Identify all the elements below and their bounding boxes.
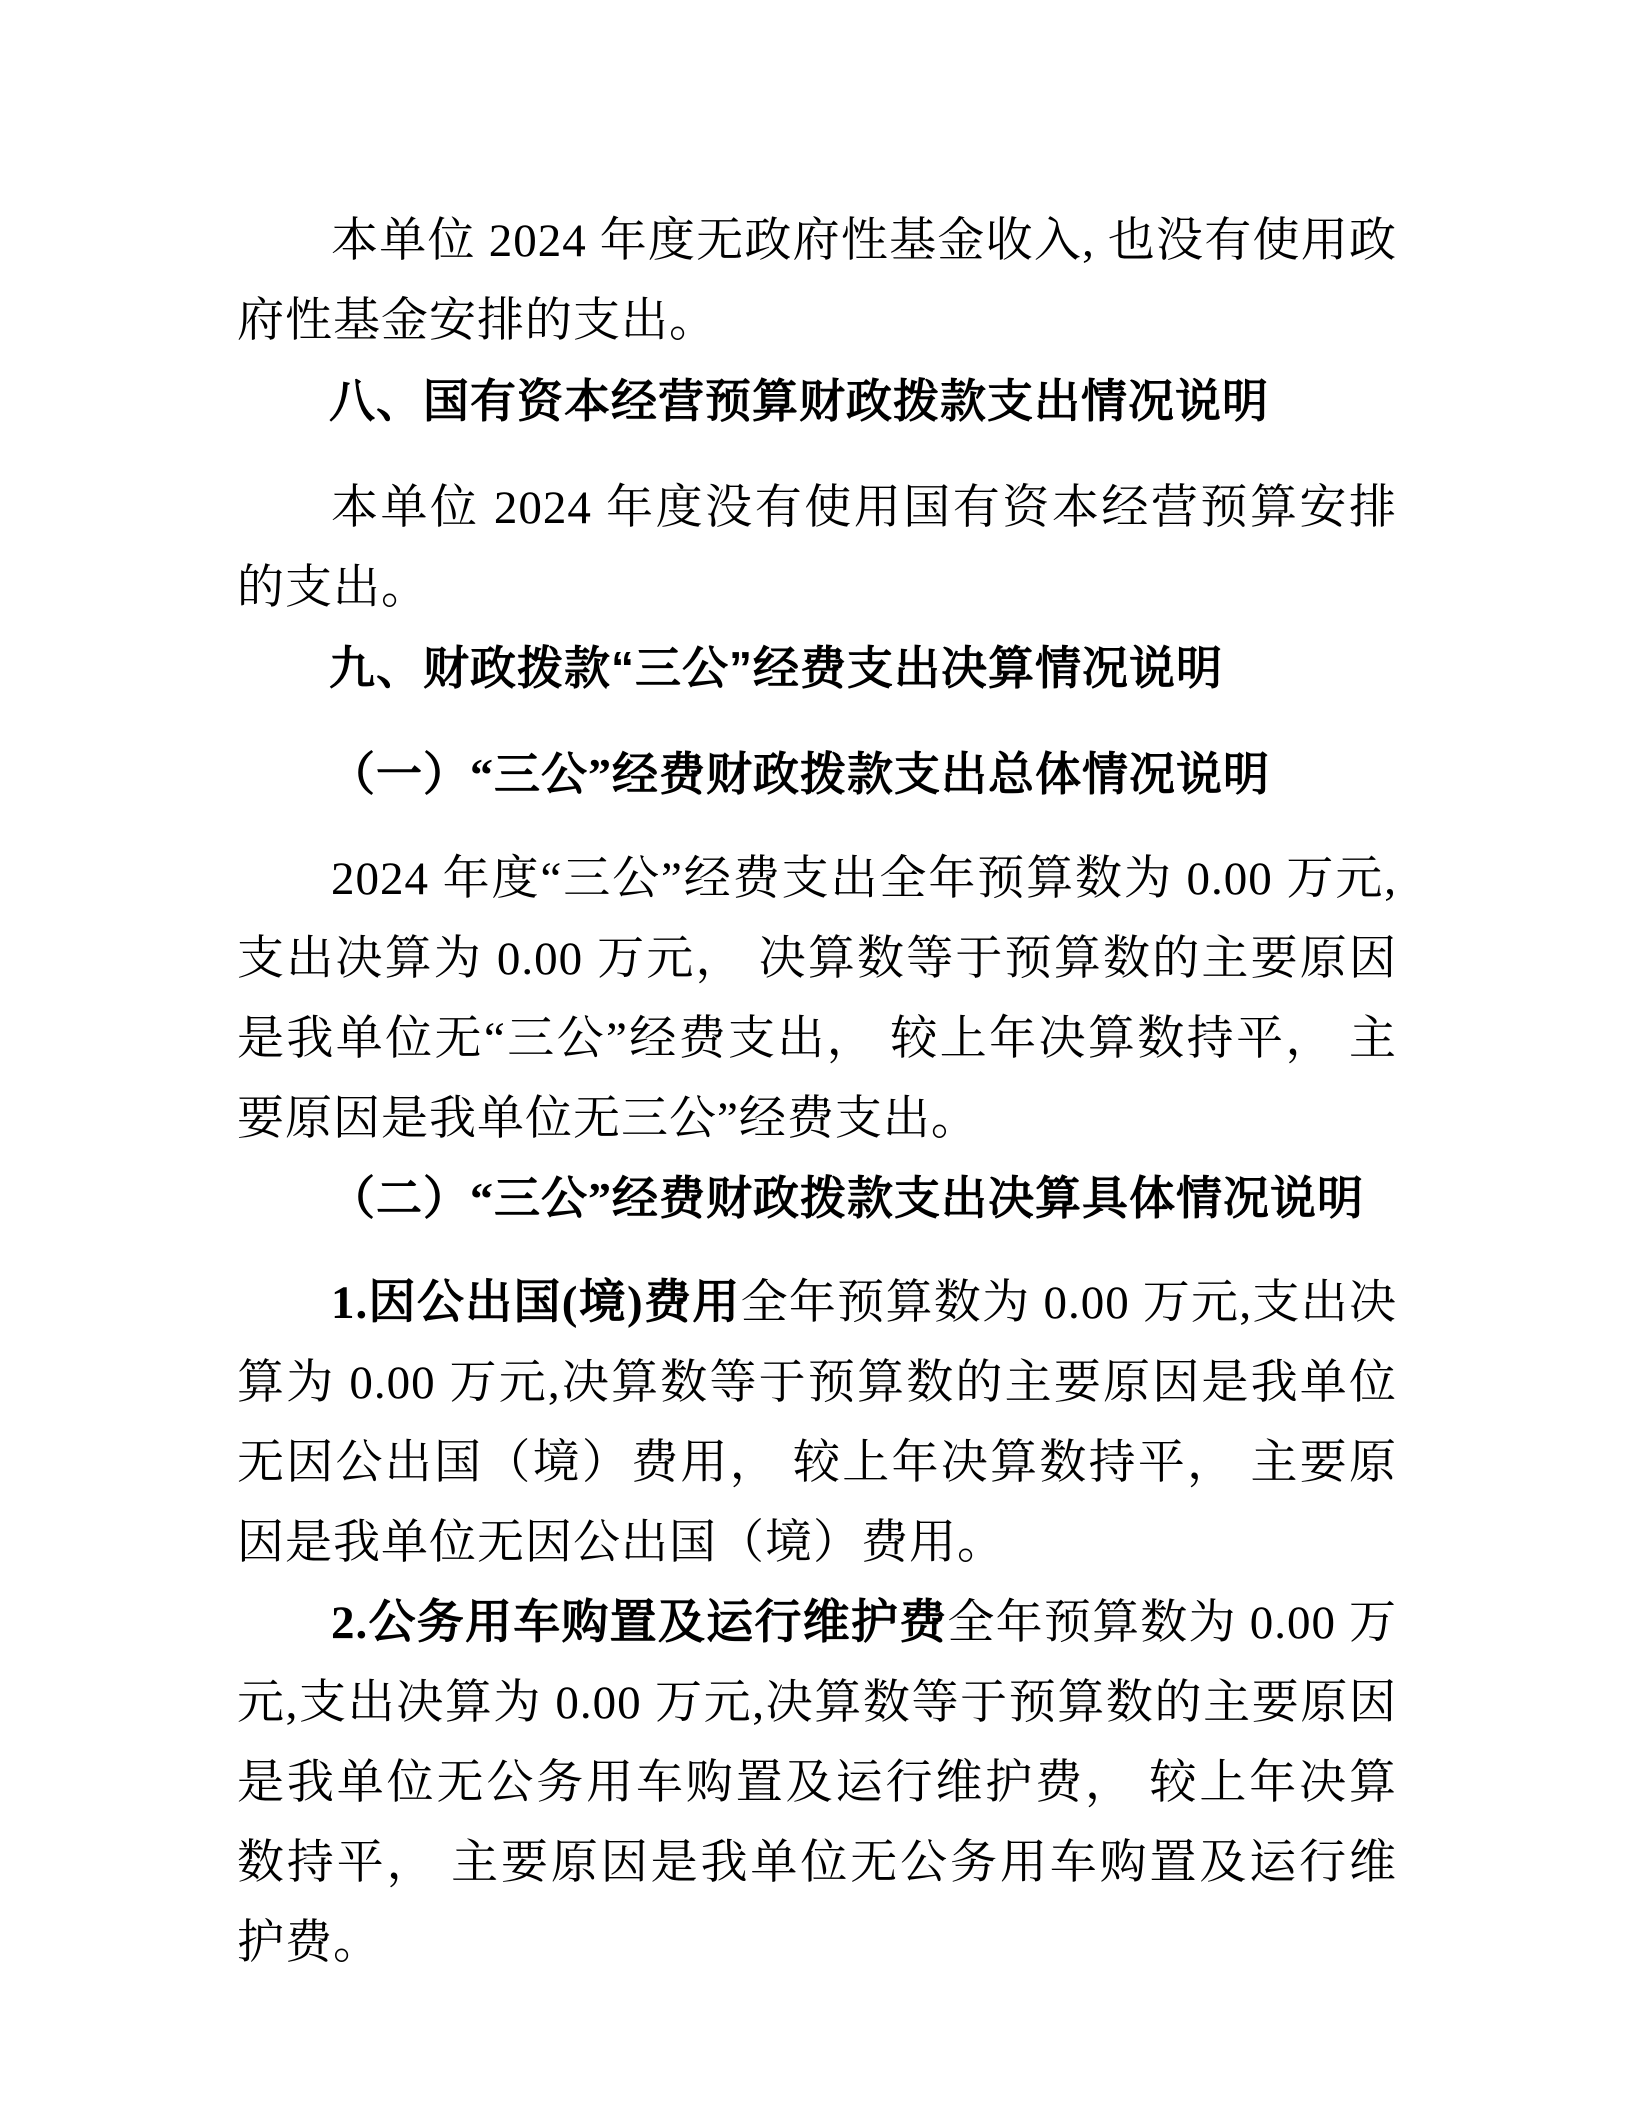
paragraph-item-vehicle: 2.公务用车购置及运行维护费全年预算数为 0.00 万元,支出决算为 0.00 … <box>237 1583 1397 1983</box>
heading-section-9: 九、财政拨款“三公”经费支出决算情况说明 <box>237 628 1397 708</box>
subheading-three-public-overall: （一）“三公”经费财政拨款支出总体情况说明 <box>237 735 1397 815</box>
item1-lead-abroad-expense: 1.因公出国(境)费用 <box>331 1277 741 1329</box>
paragraph-soe-budget: 本单位 2024 年度没有使用国有资本经营预算安排的支出。 <box>237 468 1397 628</box>
item2-lead-vehicle-expense: 2.公务用车购置及运行维护费 <box>331 1597 947 1649</box>
subheading-three-public-detail: （二）“三公”经费财政拨款支出决算具体情况说明 <box>237 1159 1397 1239</box>
paragraph-item-abroad: 1.因公出国(境)费用全年预算数为 0.00 万元,支出决算为 0.00 万元,… <box>237 1263 1397 1583</box>
paragraph-three-public-overall: 2024 年度“三公”经费支出全年预算数为 0.00 万元,支出决算为 0.00… <box>237 839 1397 1159</box>
paragraph-gov-fund: 本单位 2024 年度无政府性基金收入, 也没有使用政府性基金安排的支出。 <box>237 201 1397 361</box>
document-page: 本单位 2024 年度无政府性基金收入, 也没有使用政府性基金安排的支出。 八、… <box>0 0 1632 2112</box>
heading-section-8: 八、国有资本经营预算财政拨款支出情况说明 <box>237 361 1397 441</box>
item2-text-vehicle-expense: 全年预算数为 0.00 万元,支出决算为 0.00 万元,决算数等于预算数的主要… <box>237 1597 1397 1969</box>
